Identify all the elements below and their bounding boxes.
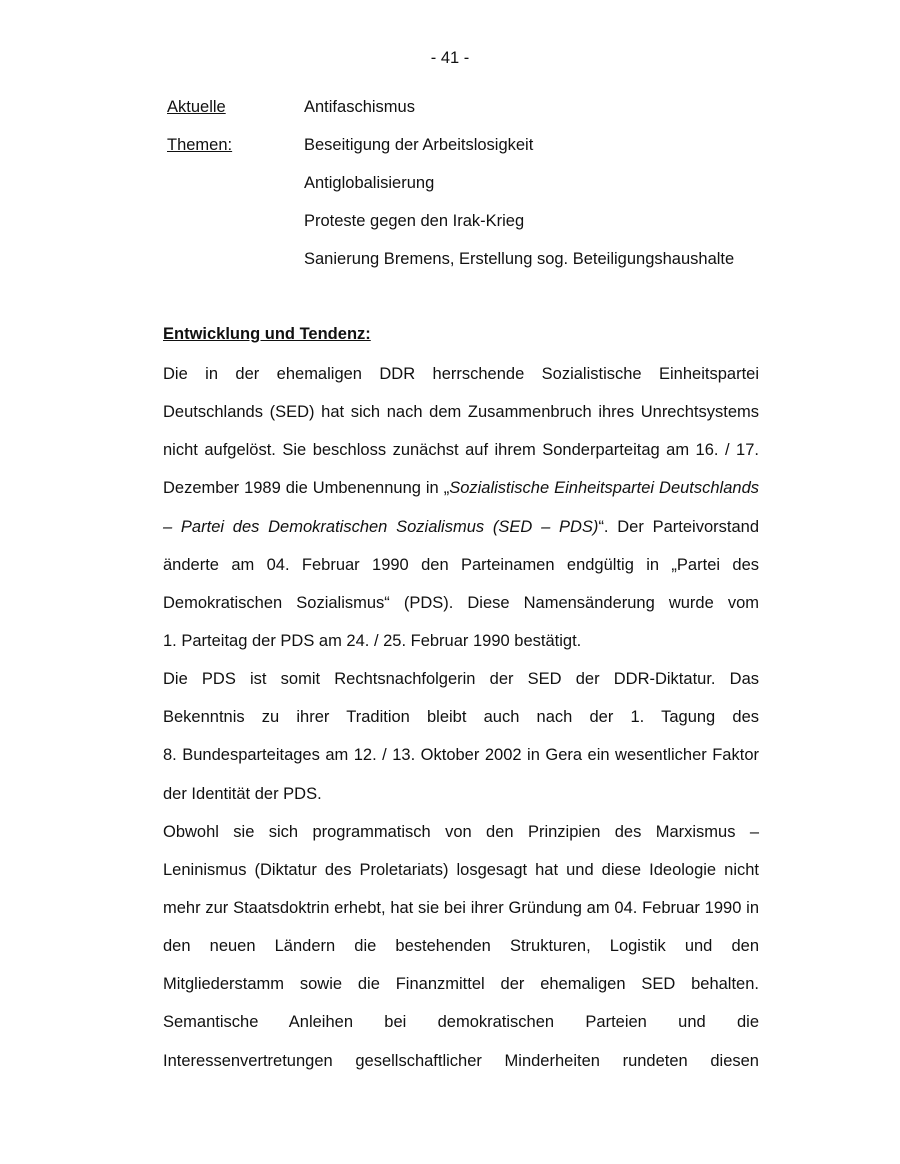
body-text: Die in der ehemaligen DDR herrschende So… <box>163 363 759 1088</box>
text-line: Mitgliederstamm sowie die Finanzmittel d… <box>163 973 759 1011</box>
text-line: der Identität der PDS. <box>163 783 759 821</box>
topic-row: Themen: Beseitigung der Arbeitslosigkeit <box>167 134 767 172</box>
topic-item: Proteste gegen den Irak-Krieg <box>304 210 524 232</box>
topic-item: Antifaschismus <box>304 96 415 118</box>
text-line: 1. Parteitag der PDS am 24. / 25. Februa… <box>163 630 759 668</box>
italic-party-name: – Partei des Demokratischen Sozialismus … <box>163 518 598 536</box>
topic-item: Antiglobalisierung <box>304 172 434 194</box>
text-line: Demokratischen Sozialismus“ (PDS). Diese… <box>163 592 759 630</box>
text-line: den neuen Ländern die bestehenden Strukt… <box>163 935 759 973</box>
section-heading: Entwicklung und Tendenz: <box>163 325 371 344</box>
text-line: Die in der ehemaligen DDR herrschende So… <box>163 363 759 401</box>
topic-row: Aktuelle Antifaschismus <box>167 96 767 134</box>
topic-row: Antiglobalisierung <box>167 172 767 210</box>
text-line: Obwohl sie sich programmatisch von den P… <box>163 821 759 859</box>
text-line: nicht aufgelöst. Sie beschloss zunächst … <box>163 439 759 477</box>
topics-label-line1: Aktuelle <box>167 96 226 118</box>
text-line: 8. Bundesparteitages am 12. / 13. Oktobe… <box>163 744 759 782</box>
text-line: – Partei des Demokratischen Sozialismus … <box>163 516 759 554</box>
topic-row: Proteste gegen den Irak-Krieg <box>167 210 767 248</box>
text-line: änderte am 04. Februar 1990 den Parteina… <box>163 554 759 592</box>
text-line: Interessenvertretungen gesellschaftliche… <box>163 1050 759 1088</box>
topic-item: Sanierung Bremens, Erstellung sog. Betei… <box>304 248 734 270</box>
current-topics-block: Aktuelle Antifaschismus Themen: Beseitig… <box>167 96 767 286</box>
text-line: Bekenntnis zu ihrer Tradition bleibt auc… <box>163 706 759 744</box>
text-line: Leninismus (Diktatur des Proletariats) l… <box>163 859 759 897</box>
italic-party-name: Sozialistische Einheitspartei Deutschlan… <box>449 479 759 497</box>
text-line: mehr zur Staatsdoktrin erhebt, hat sie b… <box>163 897 759 935</box>
text-segment: “. Der Parteivorstand <box>598 518 759 536</box>
text-line: Deutschlands (SED) hat sich nach dem Zus… <box>163 401 759 439</box>
page-number: - 41 - <box>0 49 900 68</box>
topic-row: Sanierung Bremens, Erstellung sog. Betei… <box>167 248 767 286</box>
topics-label-line2: Themen: <box>167 134 232 156</box>
text-line: Die PDS ist somit Rechtsnachfolgerin der… <box>163 668 759 706</box>
text-line: Semantische Anleihen bei demokratischen … <box>163 1011 759 1049</box>
text-segment: Dezember 1989 die Umbenennung in „ <box>163 479 449 497</box>
topic-item: Beseitigung der Arbeitslosigkeit <box>304 134 533 156</box>
text-line: Dezember 1989 die Umbenennung in „Sozial… <box>163 477 759 515</box>
